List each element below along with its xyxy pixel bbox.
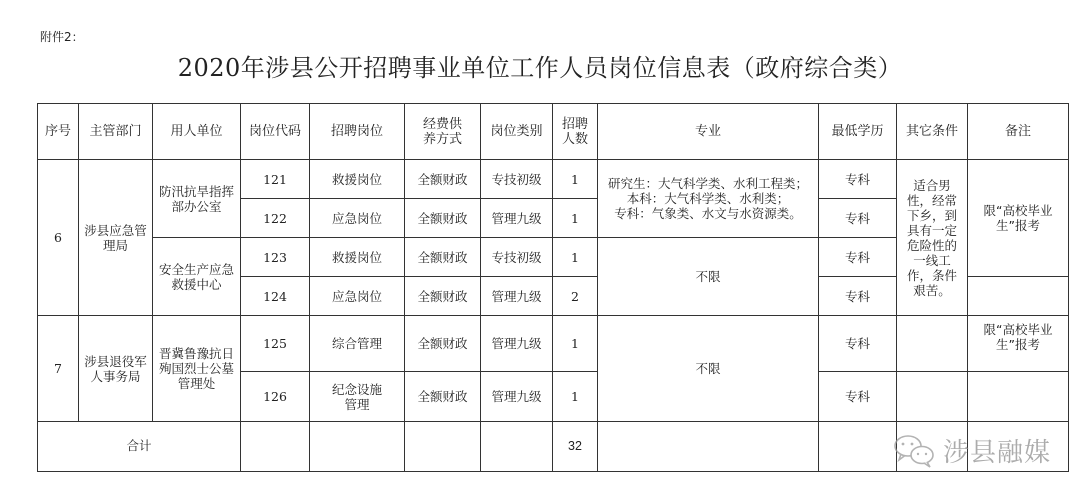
position-cell: 纪念设施管理 [310, 372, 405, 422]
empty-cell [819, 422, 897, 472]
category-cell: 专技初级 [481, 238, 553, 277]
header-count-text: 招聘人数 [561, 117, 589, 147]
header-dept: 主管部门 [79, 104, 153, 160]
other-conditions-cell: 适合男性，经常下乡，到具有一定危险性的一线工作，条件艰苦。 [897, 160, 968, 316]
position-cell: 救援岗位 [310, 238, 405, 277]
total-count: 32 [553, 422, 598, 472]
header-other: 其它条件 [897, 104, 968, 160]
funding-cell: 全额财政 [405, 199, 481, 238]
employer-cell: 晋冀鲁豫抗日殉国烈士公墓管理处 [153, 316, 241, 422]
position-cell: 综合管理 [310, 316, 405, 372]
header-funding: 经费供养方式 [405, 104, 481, 160]
code-cell: 123 [241, 238, 310, 277]
count-cell: 1 [553, 160, 598, 199]
category-cell: 专技初级 [481, 160, 553, 199]
header-category: 岗位类别 [481, 104, 553, 160]
remarks-text: 限“高校毕业生”报考 [970, 203, 1066, 233]
category-cell: 管理九级 [481, 277, 553, 316]
page-title: 2020年涉县公开招聘事业单位工作人员岗位信息表（政府综合类） [0, 48, 1080, 83]
table-row: 7 涉县退役军人事务局 晋冀鲁豫抗日殉国烈士公墓管理处 125 综合管理 全额财… [38, 316, 1069, 372]
major-cell: 不限 [598, 316, 819, 422]
remarks-cell [968, 372, 1069, 422]
empty-cell [481, 422, 553, 472]
empty-cell [897, 422, 968, 472]
header-major: 专业 [598, 104, 819, 160]
major-cell: 不限 [598, 238, 819, 316]
count-cell: 1 [553, 316, 598, 372]
dept-cell: 涉县应急管理局 [79, 160, 153, 316]
count-cell: 2 [553, 277, 598, 316]
position-text: 纪念设施管理 [329, 382, 385, 412]
code-cell: 121 [241, 160, 310, 199]
dept-cell: 涉县退役军人事务局 [79, 316, 153, 422]
dept-text: 涉县退役军人事务局 [83, 354, 149, 384]
total-row: 合计 32 [38, 422, 1069, 472]
header-code: 岗位代码 [241, 104, 310, 160]
other-conditions-text: 适合男性，经常下乡，到具有一定危险性的一线工作，条件艰苦。 [901, 178, 963, 298]
seq-cell: 6 [38, 160, 79, 316]
funding-cell: 全额财政 [405, 277, 481, 316]
count-cell: 1 [553, 372, 598, 422]
education-cell: 专科 [819, 238, 897, 277]
header-remarks: 备注 [968, 104, 1069, 160]
empty-cell [241, 422, 310, 472]
header-education: 最低学历 [819, 104, 897, 160]
education-cell: 专科 [819, 316, 897, 372]
count-cell: 1 [553, 199, 598, 238]
education-cell: 专科 [819, 277, 897, 316]
code-cell: 126 [241, 372, 310, 422]
other-conditions-cell [897, 316, 968, 372]
attachment-label: 附件2： [40, 28, 84, 45]
category-cell: 管理九级 [481, 199, 553, 238]
header-employer: 用人单位 [153, 104, 241, 160]
table-row: 6 涉县应急管理局 防汛抗旱指挥部办公室 121 救援岗位 全额财政 专技初级 … [38, 160, 1069, 199]
other-conditions-cell [897, 372, 968, 422]
funding-cell: 全额财政 [405, 238, 481, 277]
employer-cell: 安全生产应急救援中心 [153, 238, 241, 316]
education-cell: 专科 [819, 160, 897, 199]
position-cell: 应急岗位 [310, 199, 405, 238]
count-cell: 1 [553, 238, 598, 277]
job-positions-table: 序号 主管部门 用人单位 岗位代码 招聘岗位 经费供养方式 岗位类别 招聘人数 … [37, 103, 1069, 472]
empty-cell [968, 422, 1069, 472]
employer-text: 晋冀鲁豫抗日殉国烈士公墓管理处 [156, 346, 238, 391]
category-cell: 管理九级 [481, 372, 553, 422]
employer-cell: 防汛抗旱指挥部办公室 [153, 160, 241, 238]
employer-text: 防汛抗旱指挥部办公室 [157, 184, 237, 214]
header-seq: 序号 [38, 104, 79, 160]
code-cell: 125 [241, 316, 310, 372]
header-row: 序号 主管部门 用人单位 岗位代码 招聘岗位 经费供养方式 岗位类别 招聘人数 … [38, 104, 1069, 160]
funding-cell: 全额财政 [405, 372, 481, 422]
category-cell: 管理九级 [481, 316, 553, 372]
seq-cell: 7 [38, 316, 79, 422]
position-cell: 救援岗位 [310, 160, 405, 199]
education-cell: 专科 [819, 199, 897, 238]
header-position: 招聘岗位 [310, 104, 405, 160]
total-label: 合计 [38, 422, 241, 472]
dept-text: 涉县应急管理局 [83, 223, 149, 253]
remarks-cell: 限“高校毕业生”报考 [968, 316, 1069, 372]
major-cell: 研究生：大气科学类、水利工程类； 本科：大气科学类、水利类； 专科：气象类、水文… [598, 160, 819, 238]
code-cell: 122 [241, 199, 310, 238]
empty-cell [598, 422, 819, 472]
employer-text: 安全生产应急救援中心 [157, 262, 237, 292]
funding-cell: 全额财政 [405, 316, 481, 372]
education-cell: 专科 [819, 372, 897, 422]
position-cell: 应急岗位 [310, 277, 405, 316]
remarks-cell: 限“高校毕业生”报考 [968, 160, 1069, 277]
empty-cell [310, 422, 405, 472]
empty-cell [405, 422, 481, 472]
funding-cell: 全额财政 [405, 160, 481, 199]
header-funding-text: 经费供养方式 [419, 117, 467, 147]
header-count: 招聘人数 [553, 104, 598, 160]
remarks-cell [968, 277, 1069, 316]
code-cell: 124 [241, 277, 310, 316]
remarks-text: 限“高校毕业生”报考 [970, 322, 1066, 352]
